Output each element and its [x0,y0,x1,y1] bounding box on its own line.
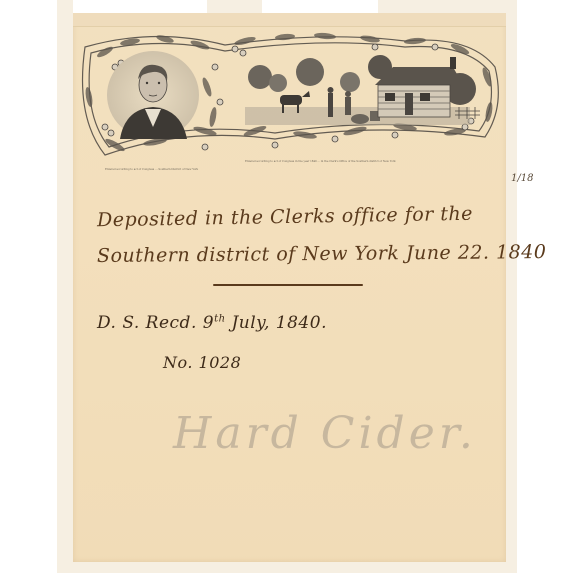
corner-mark: 1/18 [511,173,533,184]
deposit-note-line-2: Southern district of New York June 22. 1… [97,241,547,267]
paper-top-strip [73,13,506,27]
engraved-letterhead: Entered according to act of Congress ...… [75,27,505,177]
pencil-title: Hard Cider. [173,408,477,459]
ink-underline [213,284,363,286]
received-ordinal: th [214,313,225,324]
mount-tab-right [262,0,378,13]
deposit-note-line-1: Deposited in the Clerks office for the [97,203,473,232]
document-paper: Entered according to act of Congress ...… [73,13,506,562]
received-prefix: D. S. Recd. 9 [97,313,214,333]
received-suffix: July, 1840. [226,313,327,333]
engraving-caption-left: Entered according to act of Congress ...… [105,168,198,171]
portrait-icon [107,51,199,139]
mount-tab-left [73,0,207,13]
received-note: D. S. Recd. 9th July, 1840. [97,313,327,333]
farm-scene-icon [245,55,480,125]
engraving-illustration [75,27,505,177]
engraving-caption-center: Entered according to act of Congress in … [245,160,396,163]
registration-number: No. 1028 [163,353,241,372]
